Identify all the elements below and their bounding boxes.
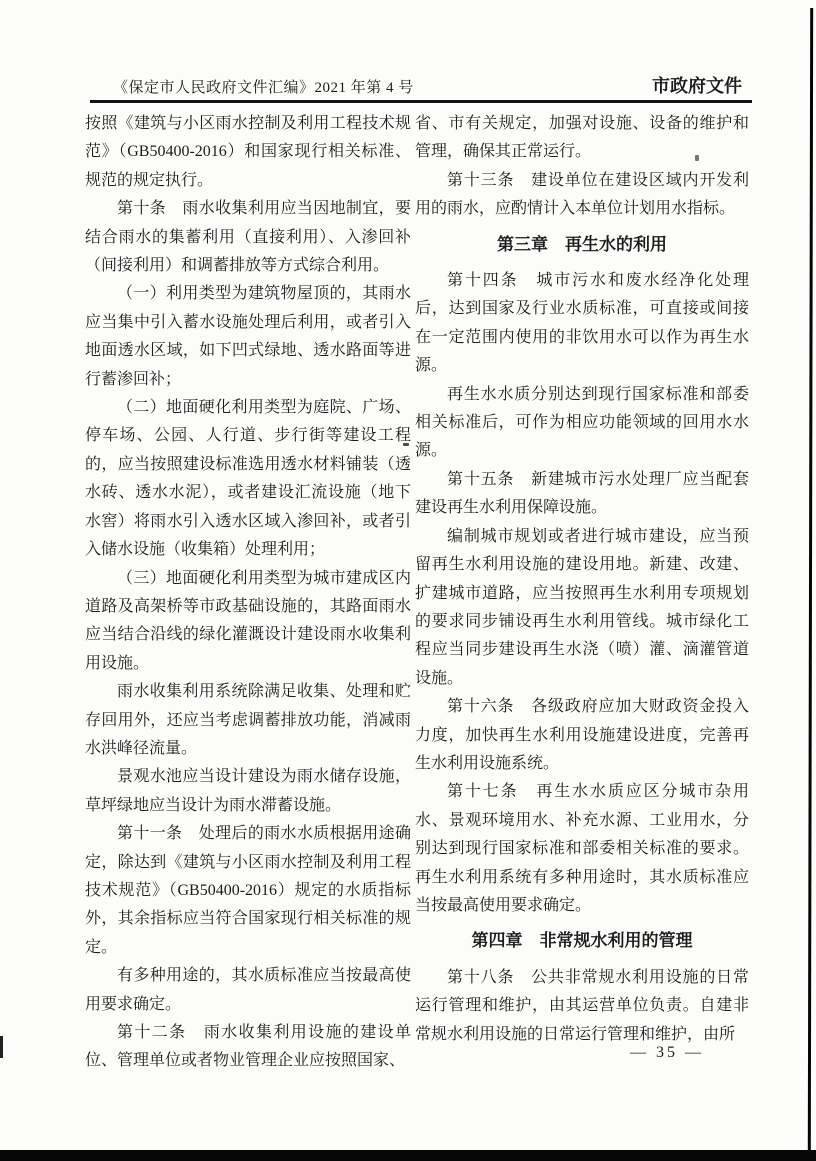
body-paragraph: 第十一条 处理后的雨水水质根据用途确定，除达到《建筑与小区雨水控制及利用工程技术… <box>85 820 411 962</box>
body-paragraph: 第十条 雨水收集利用应当因地制宜，要结合雨水的集蓄利用（直接利用）、入渗回补（间… <box>85 195 411 280</box>
header-doc-type-label: 市政府文件 <box>652 72 742 98</box>
scan-mark-left <box>0 1036 3 1058</box>
chapter-heading: 第四章 非常规水利用的管理 <box>415 927 749 955</box>
body-paragraph: 编制城市规划或者进行城市建设，应当预留再生水利用设施的建设用地。新建、改建、扩建… <box>415 523 749 693</box>
scan-edge-bottom <box>0 1150 816 1161</box>
body-paragraph: 再生水水质分别达到现行国家标准和部委相关标准后，可作为相应功能领域的回用水水源。 <box>415 381 749 466</box>
body-paragraph: 第十五条 新建城市污水处理厂应当配套建设再生水利用保障设施。 <box>415 466 749 523</box>
scanned-document-page: 《保定市人民政府文件汇编》2021 年第 4 号 市政府文件 按照《建筑与小区雨… <box>0 0 816 1161</box>
chapter-heading: 第三章 再生水的利用 <box>415 231 749 259</box>
scan-edge-right <box>808 8 813 1150</box>
body-paragraph: 第十八条 公共非常规水利用设施的日常运行管理和维护，由其运营单位负责。自建非常规… <box>415 964 749 1049</box>
body-paragraph: 按照《建筑与小区雨水控制及利用工程技术规范》（GB50400-2016）和国家现… <box>85 110 411 195</box>
body-paragraph: 有多种用途的，其水质标准应当按最高使用要求确定。 <box>85 962 411 1019</box>
body-paragraph: 雨水收集利用系统除满足收集、处理和贮存回用外，还应当考虑调蓄排放功能，消减雨水洪… <box>85 678 411 763</box>
header-journal-title: 《保定市人民政府文件汇编》2021 年第 4 号 <box>113 76 414 97</box>
text-column-left: 按照《建筑与小区雨水控制及利用工程技术规范》（GB50400-2016）和国家现… <box>85 110 411 1076</box>
text-column-right: 省、市有关规定，加强对设施、设备的维护和管理，确保其正常运行。第十三条 建设单位… <box>415 110 749 1049</box>
page-number: — 35 — <box>612 1044 722 1062</box>
scan-speck <box>695 155 699 161</box>
body-paragraph: 第十四条 城市污水和废水经净化处理后，达到国家及行业水质标准，可直接或间接在一定… <box>415 267 749 381</box>
body-paragraph: 第十六条 各级政府应加大财政资金投入力度，加快再生水利用设施建设进度，完善再生水… <box>415 693 749 778</box>
body-paragraph: 景观水池应当设计建设为雨水储存设施，草坪绿地应当设计为雨水滞蓄设施。 <box>85 763 411 820</box>
header-rule <box>90 100 752 103</box>
body-paragraph: （三）地面硬化利用类型为城市建成区内道路及高架桥等市政基础设施的，其路面雨水应当… <box>85 565 411 679</box>
body-paragraph: （二）地面硬化利用类型为庭院、广场、停车场、公园、人行道、步行街等建设工程的，应… <box>85 394 411 564</box>
body-paragraph: 第十三条 建设单位在建设区域内开发利用的雨水，应酌情计入本单位计划用水指标。 <box>415 167 749 224</box>
scan-speck <box>403 443 409 446</box>
body-paragraph: （一）利用类型为建筑物屋顶的，其雨水应当集中引入蓄水设施处理后利用，或者引入地面… <box>85 280 411 394</box>
body-paragraph: 第十二条 雨水收集利用设施的建设单位、管理单位或者物业管理企业应按照国家、 <box>85 1019 411 1076</box>
body-paragraph: 第十七条 再生水水质应区分城市杂用水、景观环境用水、补充水源、工业用水，分别达到… <box>415 778 749 920</box>
